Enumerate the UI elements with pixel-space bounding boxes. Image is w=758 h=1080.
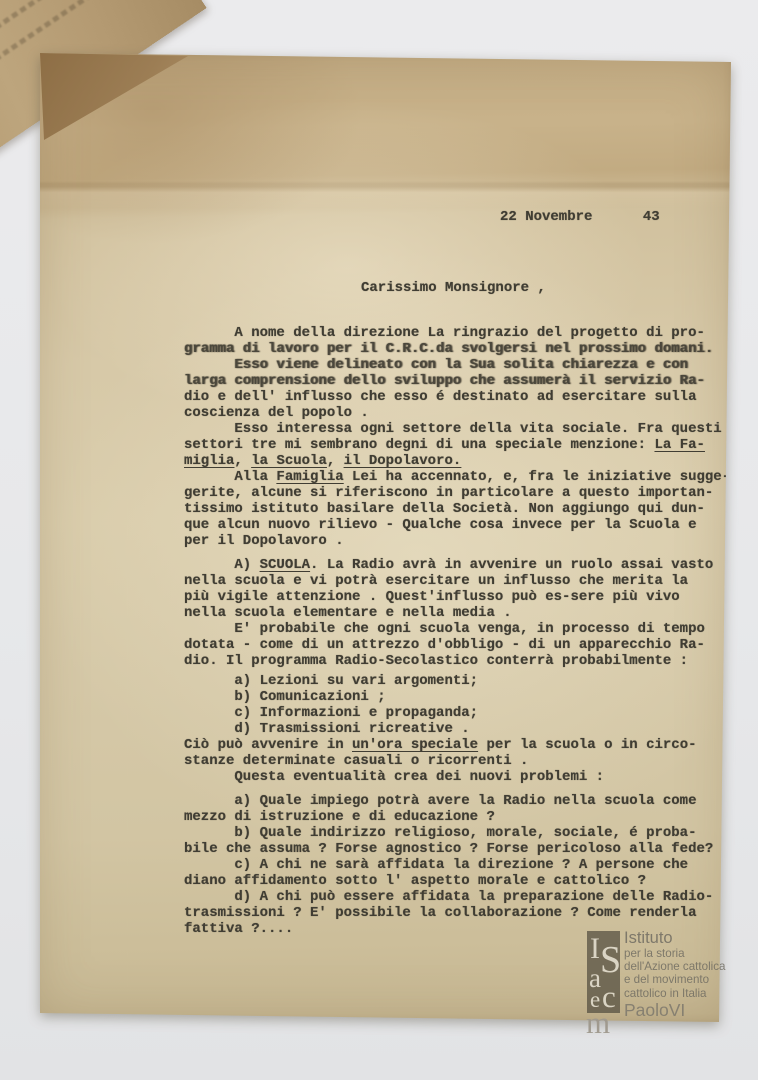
letter-line: que alcun nuovo rilievo - Qualche cosa i… bbox=[184, 517, 730, 533]
archive-watermark: I S a e c m Istituto per la storia dell'… bbox=[586, 929, 758, 1039]
letter-line: tissimo istituto basilare della Società.… bbox=[184, 501, 730, 517]
folded-corner bbox=[34, 53, 244, 183]
letter-line: bile che assuma ? Forse agnostico ? Fors… bbox=[184, 841, 730, 857]
letter-line: mezzo di istruzione e di educazione ? bbox=[184, 809, 730, 825]
letter-body: 22 Novembre 43Carissimo Monsignore , A n… bbox=[184, 209, 730, 937]
letter-line: Alla Famiglia Lei ha accennato, e, fra l… bbox=[184, 469, 730, 485]
letter-line: Esso interessa ogni settore della vita s… bbox=[184, 421, 730, 437]
letter-line: A nome della direzione La ringrazio del … bbox=[184, 325, 730, 341]
letter-line: gerite, alcune si riferiscono in partico… bbox=[184, 485, 730, 501]
letter-line: c) A chi ne sarà affidata la direzione ?… bbox=[184, 857, 730, 873]
letter-line: stanze determinate casuali o ricorrenti … bbox=[184, 753, 730, 769]
watermark-institute-name: Istituto bbox=[624, 930, 725, 947]
letter-line: d) A chi può essere affidata la preparaz… bbox=[184, 889, 730, 905]
letter-line: miglia, la Scuola, il Dopolavoro. bbox=[184, 453, 730, 469]
watermark-line: cattolico in Italia bbox=[624, 987, 725, 1000]
monogram-letter: I bbox=[590, 934, 600, 964]
letter-line: trasmissioni ? E' possibile la collabora… bbox=[184, 905, 730, 921]
letter-line: dotata - come di un attrezzo d'obbligo -… bbox=[184, 637, 730, 653]
monogram-letter: m bbox=[586, 1007, 610, 1038]
letter-line: coscienza del popolo . bbox=[184, 405, 730, 421]
letter-line: 22 Novembre 43 bbox=[500, 209, 730, 225]
letter-line: E' probabile che ogni scuola venga, in p… bbox=[184, 621, 730, 637]
letter-line: Questa eventualità crea dei nuovi proble… bbox=[184, 769, 730, 785]
letter-line: larga comprensione dello sviluppo che as… bbox=[184, 373, 730, 389]
letter-line: dio. Il programma Radio-Secolastico cont… bbox=[184, 653, 730, 669]
letter-line: diano affidamento sotto l' aspetto moral… bbox=[184, 873, 730, 889]
letter-line: settori tre mi sembrano degni di una spe… bbox=[184, 437, 730, 453]
letter-line: per il Dopolavoro . bbox=[184, 533, 730, 549]
letter-line: b) Comunicazioni ; bbox=[184, 689, 730, 705]
letter-line: più vigile attenzione . Quest'influsso p… bbox=[184, 589, 730, 605]
letter-line: a) Quale impiego potrà avere la Radio ne… bbox=[184, 793, 730, 809]
letter-line: a) Lezioni su vari argomenti; bbox=[184, 673, 730, 689]
watermark-paolovi: PaoloVI bbox=[624, 1001, 725, 1020]
letter-sheet-wrap: 22 Novembre 43Carissimo Monsignore , A n… bbox=[0, 0, 758, 1080]
letter-line: nella scuola e vi potrà esercitare un in… bbox=[184, 573, 730, 589]
letter-sheet: 22 Novembre 43Carissimo Monsignore , A n… bbox=[34, 53, 731, 1022]
letter-line: Esso viene delineato con la Sua solita c… bbox=[184, 357, 730, 373]
letter-line: c) Informazioni e propaganda; bbox=[184, 705, 730, 721]
letter-line: Carissimo Monsignore , bbox=[361, 280, 730, 296]
letter-line: Ciò può avvenire in un'ora speciale per … bbox=[184, 737, 730, 753]
letter-line: nella scuola elementare e nella media . bbox=[184, 605, 730, 621]
letter-line: b) Quale indirizzo religioso, morale, so… bbox=[184, 825, 730, 841]
letter-line: d) Trasmissioni ricreative . bbox=[184, 721, 730, 737]
monogram-letter: S bbox=[600, 941, 621, 979]
watermark-line: e del movimento bbox=[624, 973, 725, 986]
watermark-line: dell'Azione cattolica bbox=[624, 960, 725, 973]
watermark-text: Istituto per la storia dell'Azione catto… bbox=[624, 930, 725, 1020]
letter-line: dio e dell' influsso che esso é destinat… bbox=[184, 389, 730, 405]
watermark-line: per la storia bbox=[624, 947, 725, 960]
letter-line: gramma di lavoro per il C.R.C.da svolger… bbox=[184, 341, 730, 357]
letter-line: A) SCUOLA. La Radio avrà in avvenire un … bbox=[184, 557, 730, 573]
document-scan: 22 Novembre 43Carissimo Monsignore , A n… bbox=[0, 0, 758, 1080]
